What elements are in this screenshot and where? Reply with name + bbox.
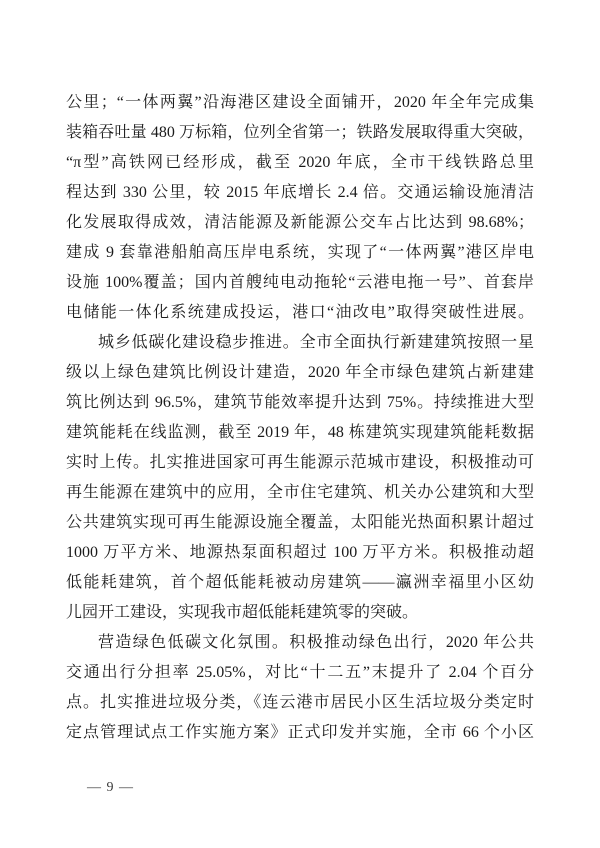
text-line: 低能耗建筑，首个超低能耗被动房建筑——瀛洲幸福里小区幼 bbox=[66, 568, 534, 598]
text-line: 再生能源在建筑中的应用，全市住宅建筑、机关办公建筑和大型 bbox=[66, 478, 534, 508]
text-line: 定点管理试点工作实施方案》正式印发并实施，全市 66 个小区 bbox=[66, 718, 534, 748]
paragraph-urban-rural-low-carbon-construction: 城乡低碳化建设稳步推进。全市全面执行新建建筑按照一星级以上绿色建筑比例设计建造，… bbox=[66, 328, 534, 628]
text-line: “π型”高铁网已经形成，截至 2020 年底，全市干线铁路总里 bbox=[66, 148, 534, 178]
text-line: 化发展取得成效，清洁能源及新能源公交车占比达到 98.68%； bbox=[66, 208, 534, 238]
text-line: 建成 9 套靠港船舶高压岸电系统，实现了“一体两翼”港区岸电 bbox=[66, 238, 534, 268]
paragraph-transport-port-development: 公里；“一体两翼”沿海港区建设全面铺开，2020 年全年完成集装箱吞吐量 480… bbox=[66, 88, 534, 328]
body-text: 公里；“一体两翼”沿海港区建设全面铺开，2020 年全年完成集装箱吞吐量 480… bbox=[66, 88, 534, 748]
text-line: 筑比例达到 96.5%，建筑节能效率提升达到 75%。持续推进大型 bbox=[66, 388, 534, 418]
text-line: 程达到 330 公里，较 2015 年底增长 2.4 倍。交通运输设施清洁 bbox=[66, 178, 534, 208]
text-line: 城乡低碳化建设稳步推进。全市全面执行新建建筑按照一星 bbox=[66, 328, 534, 358]
text-line: 设施 100%覆盖；国内首艘纯电动拖轮“云港电拖一号”、首套岸 bbox=[66, 268, 534, 298]
text-line: 营造绿色低碳文化氛围。积极推动绿色出行，2020 年公共 bbox=[66, 628, 534, 658]
text-line: 儿园开工建设，实现我市超低能耗建筑零的突破。 bbox=[66, 598, 534, 628]
text-line: 建筑能耗在线监测，截至 2019 年，48 栋建筑实现建筑能耗数据 bbox=[66, 418, 534, 448]
text-line: 点。扎实推进垃圾分类，《连云港市居民小区生活垃圾分类定时 bbox=[66, 688, 534, 718]
paragraph-green-low-carbon-culture: 营造绿色低碳文化氛围。积极推动绿色出行，2020 年公共交通出行分担率 25.0… bbox=[66, 628, 534, 748]
text-line: 电储能一体化系统建成投运，港口“油改电”取得突破性进展。 bbox=[66, 298, 534, 328]
page-number: — 9 — bbox=[87, 779, 134, 797]
text-line: 装箱吞吐量 480 万标箱，位列全省第一；铁路发展取得重大突破， bbox=[66, 118, 534, 148]
text-line: 交通出行分担率 25.05%，对比“十二五”末提升了 2.04 个百分 bbox=[66, 658, 534, 688]
document-page: 公里；“一体两翼”沿海港区建设全面铺开，2020 年全年完成集装箱吞吐量 480… bbox=[0, 0, 600, 848]
text-line: 实时上传。扎实推进国家可再生能源示范城市建设，积极推动可 bbox=[66, 448, 534, 478]
text-line: 级以上绿色建筑比例设计建造，2020 年全市绿色建筑占新建建 bbox=[66, 358, 534, 388]
text-line: 1000 万平方米、地源热泵面积超过 100 万平方米。积极推动超 bbox=[66, 538, 534, 568]
text-line: 公共建筑实现可再生能源设施全覆盖，太阳能光热面积累计超过 bbox=[66, 508, 534, 538]
text-line: 公里；“一体两翼”沿海港区建设全面铺开，2020 年全年完成集 bbox=[66, 88, 534, 118]
